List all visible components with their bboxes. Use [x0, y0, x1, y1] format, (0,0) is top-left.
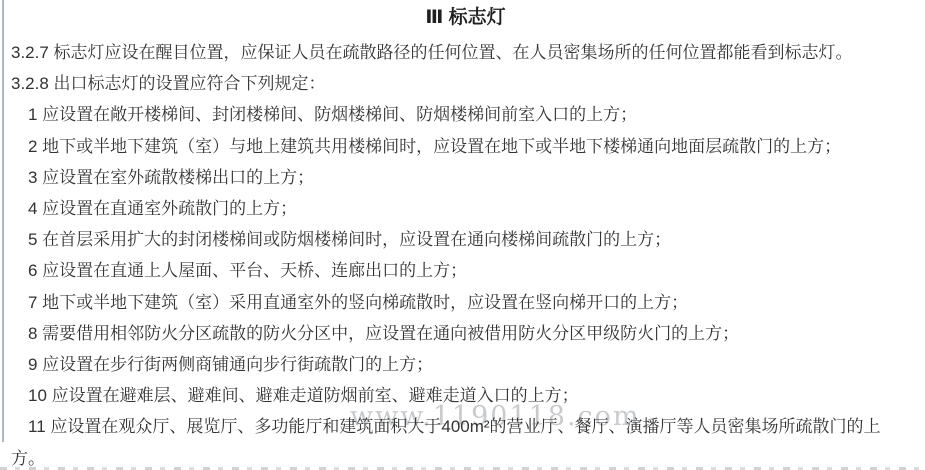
item-1: 1 应设置在敞开楼梯间、封闭楼梯间、防烟楼梯间、防烟楼梯间前室入口的上方；: [11, 99, 920, 130]
item-10: 10 应设置在避难层、避难间、避难走道防烟前室、避难走道入口的上方；: [11, 380, 920, 411]
item-3: 3 应设置在室外疏散楼梯出口的上方；: [11, 162, 920, 193]
item-5: 5 在首层采用扩大的封闭楼梯间或防烟楼梯间时，应设置在通向楼梯间疏散门的上方；: [11, 224, 920, 255]
item-11: 11 应设置在观众厅、展览厅、多功能厅和建筑面积大于400m²的营业厅、餐厅、演…: [11, 411, 920, 470]
regulation-text-block: Ⅲ 标志灯 3.2.7 标志灯应设在醒目位置，应保证人员在疏散路径的任何位置、在…: [0, 0, 925, 470]
item-2: 2 地下或半地下建筑（室）与地上建筑共用楼梯间时，应设置在地下或半地下楼梯通向地…: [11, 131, 920, 162]
clause-3-2-8: 3.2.8 出口标志灯的设置应符合下列规定：: [11, 68, 920, 99]
left-border-line: [2, 0, 4, 442]
item-6: 6 应设置在直通上人屋面、平台、天桥、连廊出口的上方；: [11, 255, 920, 286]
item-7: 7 地下或半地下建筑（室）采用直通室外的竖向梯疏散时，应设置在竖向梯开口的上方；: [11, 287, 920, 318]
item-4: 4 应设置在直通室外疏散门的上方；: [11, 193, 920, 224]
clause-3-2-7: 3.2.7 标志灯应设在醒目位置，应保证人员在疏散路径的任何位置、在人员密集场所…: [11, 37, 920, 68]
section-title: Ⅲ 标志灯: [11, 3, 920, 33]
item-9: 9 应设置在步行街两侧商铺通向步行街疏散门的上方；: [11, 349, 920, 380]
item-8: 8 需要借用相邻防火分区疏散的防火分区中，应设置在通向被借用防火分区甲级防火门的…: [11, 318, 920, 349]
